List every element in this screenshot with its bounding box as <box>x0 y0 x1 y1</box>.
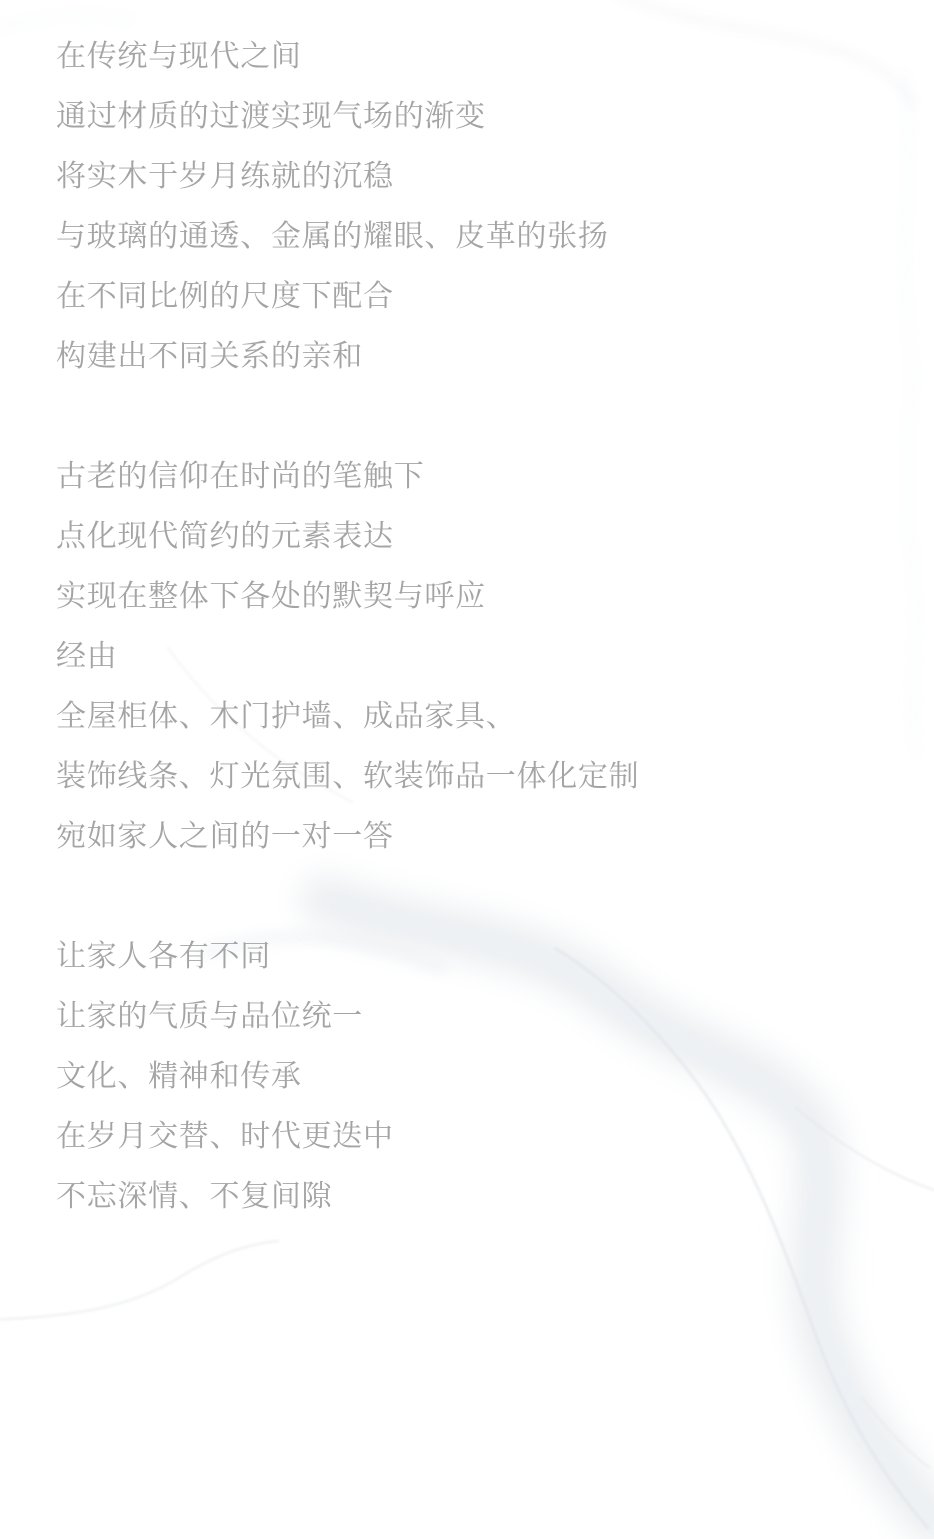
poem-line: 实现在整体下各处的默契与呼应 <box>56 567 934 627</box>
poem-page: 在传统与现代之间 通过材质的过渡实现气场的渐变 将实木于岁月练就的沉稳 与玻璃的… <box>0 0 934 1539</box>
poem-line: 在岁月交替、时代更迭中 <box>56 1107 934 1167</box>
poem-line: 在传统与现代之间 <box>56 27 934 87</box>
poem-line: 装饰线条、灯光氛围、软装饰品一体化定制 <box>56 747 934 807</box>
poem-line: 将实木于岁月练就的沉稳 <box>56 147 934 207</box>
poem-line: 点化现代简约的元素表达 <box>56 507 934 567</box>
poem-line: 与玻璃的通透、金属的耀眼、皮革的张扬 <box>56 207 934 267</box>
poem-line: 让家人各有不同 <box>56 927 934 987</box>
poem-line: 古老的信仰在时尚的笔触下 <box>56 447 934 507</box>
poem-line: 经由 <box>56 627 934 687</box>
vein-branch-lower <box>862 1398 930 1468</box>
stanza-3: 让家人各有不同 让家的气质与品位统一 文化、精神和传承 在岁月交替、时代更迭中 … <box>56 927 934 1227</box>
poem-line: 在不同比例的尺度下配合 <box>56 267 934 327</box>
poem-line: 让家的气质与品位统一 <box>56 987 934 1047</box>
poem-line: 宛如家人之间的一对一答 <box>56 807 934 867</box>
poem-line: 通过材质的过渡实现气场的渐变 <box>56 87 934 147</box>
vein-bottom-left <box>0 1241 278 1320</box>
poem-line: 构建出不同关系的亲和 <box>56 327 934 387</box>
stanza-2: 古老的信仰在时尚的笔触下 点化现代简约的元素表达 实现在整体下各处的默契与呼应 … <box>56 447 934 867</box>
poem-line: 文化、精神和传承 <box>56 1047 934 1107</box>
poem-line: 全屋柜体、木门护墙、成品家具、 <box>56 687 934 747</box>
poem-line: 不忘深情、不复间隙 <box>56 1167 934 1227</box>
stanza-1: 在传统与现代之间 通过材质的过渡实现气场的渐变 将实木于岁月练就的沉稳 与玻璃的… <box>56 27 934 387</box>
poem-text: 在传统与现代之间 通过材质的过渡实现气场的渐变 将实木于岁月练就的沉稳 与玻璃的… <box>0 0 934 1227</box>
